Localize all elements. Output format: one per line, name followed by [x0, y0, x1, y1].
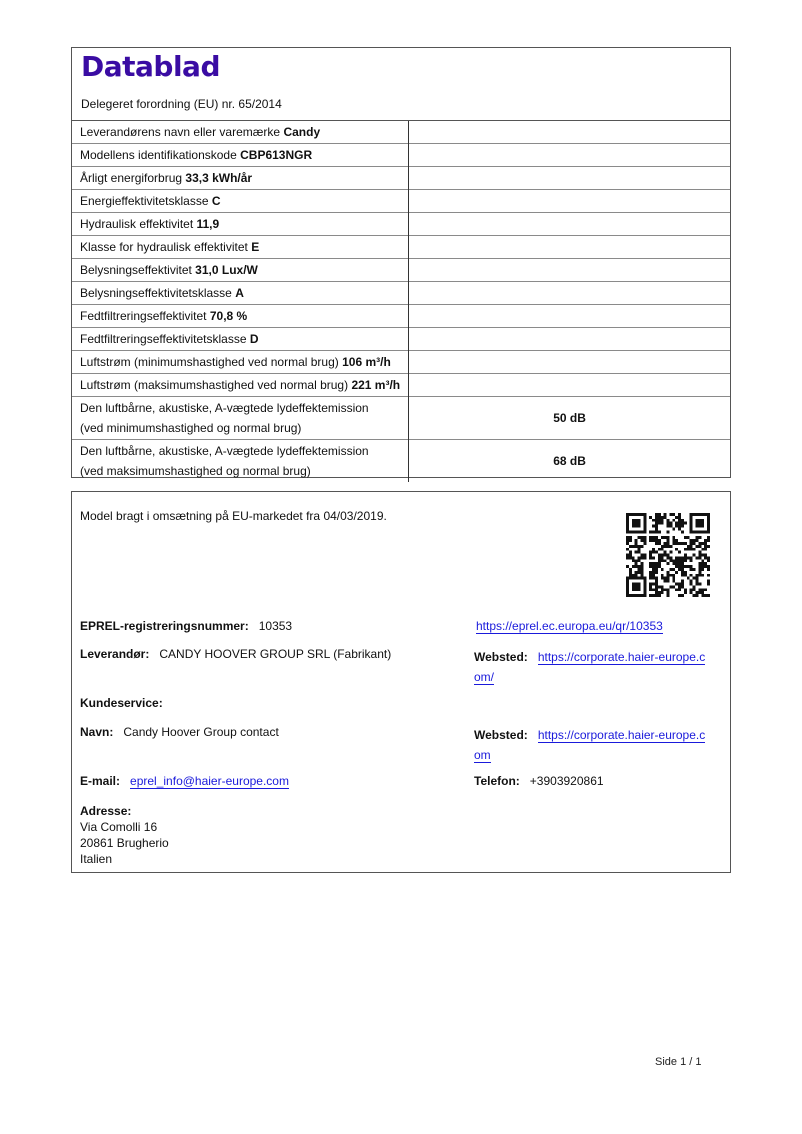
- spec-right-cell: [409, 121, 730, 144]
- spec-right-cell: [409, 374, 730, 397]
- page-title: Datablad: [81, 50, 220, 83]
- phone-row: Telefon: +3903920861: [474, 774, 604, 788]
- phone-number: +3903920861: [530, 774, 604, 788]
- table-row: Luftstrøm (minimumshastighed ved normal …: [72, 351, 730, 374]
- address-label: Adresse:: [80, 804, 131, 818]
- market-date-text: Model bragt i omsætning på EU-markedet f…: [80, 509, 387, 523]
- spec-right-cell: [409, 167, 730, 190]
- spec-value: 33,3 kWh/år: [185, 171, 252, 185]
- address-line: Italien: [80, 852, 112, 866]
- spec-value: 11,9: [197, 217, 220, 231]
- supplier-website-link[interactable]: https://corporate.haier-europe.c: [538, 650, 705, 665]
- spec-value: CBP613NGR: [240, 148, 312, 162]
- spec-right-cell: [409, 328, 730, 351]
- spec-value: 70,8 %: [210, 309, 247, 323]
- spec-label: Modellens identifikationskode CBP613NGR: [72, 144, 409, 167]
- address-block: Adresse: Via Comolli 16 20861 Brugherio …: [80, 803, 169, 867]
- spec-value: 106 m³/h: [342, 355, 391, 369]
- table-row: Energieffektivitetsklasse C: [72, 190, 730, 213]
- email-label: E-mail:: [80, 774, 120, 788]
- spec-right-cell: [409, 351, 730, 374]
- spec-right-cell: [409, 259, 730, 282]
- spec-label: Klasse for hydraulisk effektivitet E: [72, 236, 409, 259]
- spec-label: Belysningseffektivitet 31,0 Lux/W: [72, 259, 409, 282]
- phone-label: Telefon:: [474, 774, 520, 788]
- spec-label: Årligt energiforbrug 33,3 kWh/år: [72, 167, 409, 190]
- table-row: Den luftbårne, akustiske, A-vægtede lyde…: [72, 440, 730, 483]
- datasheet-page: Datablad Delegeret forordning (EU) nr. 6…: [0, 0, 802, 1134]
- contact-name-row: Navn: Candy Hoover Group contact: [80, 725, 279, 739]
- spec-label: Leverandørens navn eller varemærke Candy: [72, 121, 409, 144]
- eprel-row: EPREL-registreringsnummer: 10353: [80, 619, 292, 633]
- spec-right-cell: [409, 282, 730, 305]
- regulation-subtitle: Delegeret forordning (EU) nr. 65/2014: [81, 97, 282, 111]
- spec-table: Leverandørens navn eller varemærke Candy…: [72, 120, 730, 482]
- table-row: Årligt energiforbrug 33,3 kWh/år: [72, 167, 730, 190]
- email-link[interactable]: eprel_info@haier-europe.com: [130, 774, 289, 789]
- spec-right-cell: [409, 236, 730, 259]
- supplier-website-link-cont[interactable]: om/: [474, 670, 494, 685]
- noise-value: 50 dB: [409, 397, 730, 440]
- spec-value: C: [212, 194, 221, 208]
- supplier-website-row: Websted: https://corporate.haier-europe.…: [474, 647, 705, 687]
- cs-website-label: Websted:: [474, 728, 528, 742]
- spec-value: E: [251, 240, 259, 254]
- eprel-label: EPREL-registreringsnummer:: [80, 619, 249, 633]
- spec-label: Fedtfiltreringseffektivitet 70,8 %: [72, 305, 409, 328]
- supplier-row: Leverandør: CANDY HOOVER GROUP SRL (Fabr…: [80, 647, 391, 661]
- cs-website-row: Websted: https://corporate.haier-europe.…: [474, 725, 705, 765]
- table-row: Fedtfiltreringseffektivitetsklasse D: [72, 328, 730, 351]
- name-label: Navn:: [80, 725, 113, 739]
- spec-right-cell: [409, 305, 730, 328]
- spec-value: Candy: [283, 125, 320, 139]
- table-row: Hydraulisk effektivitet 11,9: [72, 213, 730, 236]
- table-row: Klasse for hydraulisk effektivitet E: [72, 236, 730, 259]
- supplier-info-box: Model bragt i omsætning på EU-markedet f…: [71, 491, 731, 873]
- spec-value: D: [250, 332, 259, 346]
- spec-label: Energieffektivitetsklasse C: [72, 190, 409, 213]
- spec-label: Fedtfiltreringseffektivitetsklasse D: [72, 328, 409, 351]
- table-row: Leverandørens navn eller varemærke Candy: [72, 121, 730, 144]
- table-row: Fedtfiltreringseffektivitet 70,8 %: [72, 305, 730, 328]
- contact-name: Candy Hoover Group contact: [123, 725, 278, 739]
- spec-right-cell: [409, 144, 730, 167]
- page-number: Side 1 / 1: [655, 1056, 701, 1068]
- eprel-link[interactable]: https://eprel.ec.europa.eu/qr/10353: [476, 619, 663, 634]
- email-row: E-mail: eprel_info@haier-europe.com: [80, 774, 289, 788]
- spec-value: 221 m³/h: [351, 378, 400, 392]
- spec-label: Hydraulisk effektivitet 11,9: [72, 213, 409, 236]
- spec-value: 31,0 Lux/W: [195, 263, 258, 277]
- spec-right-cell: [409, 213, 730, 236]
- table-row: Den luftbårne, akustiske, A-vægtede lyde…: [72, 397, 730, 440]
- table-row: Belysningseffektivitetsklasse A: [72, 282, 730, 305]
- eprel-url-row: https://eprel.ec.europa.eu/qr/10353: [476, 619, 663, 633]
- customer-service-heading: Kundeservice:: [80, 696, 163, 710]
- cs-website-link-cont[interactable]: om: [474, 748, 491, 763]
- supplier-website-label: Websted:: [474, 650, 528, 664]
- noise-label: Den luftbårne, akustiske, A-vægtede lyde…: [72, 397, 409, 440]
- table-row: Belysningseffektivitet 31,0 Lux/W: [72, 259, 730, 282]
- noise-label: Den luftbårne, akustiske, A-vægtede lyde…: [72, 440, 409, 483]
- spec-label: Luftstrøm (maksimumshastighed ved normal…: [72, 374, 409, 397]
- address-line: 20861 Brugherio: [80, 836, 169, 850]
- spec-right-cell: [409, 190, 730, 213]
- address-line: Via Comolli 16: [80, 820, 157, 834]
- table-row: Luftstrøm (maksimumshastighed ved normal…: [72, 374, 730, 397]
- datasheet-specs-box: Datablad Delegeret forordning (EU) nr. 6…: [71, 47, 731, 478]
- supplier-name: CANDY HOOVER GROUP SRL (Fabrikant): [159, 647, 391, 661]
- spec-value: A: [235, 286, 244, 300]
- supplier-label: Leverandør:: [80, 647, 149, 661]
- spec-label: Luftstrøm (minimumshastighed ved normal …: [72, 351, 409, 374]
- noise-value: 68 dB: [409, 440, 730, 483]
- table-row: Modellens identifikationskode CBP613NGR: [72, 144, 730, 167]
- eprel-number: 10353: [259, 619, 292, 633]
- spec-label: Belysningseffektivitetsklasse A: [72, 282, 409, 305]
- qr-code-icon[interactable]: [626, 513, 710, 597]
- cs-website-link[interactable]: https://corporate.haier-europe.c: [538, 728, 705, 743]
